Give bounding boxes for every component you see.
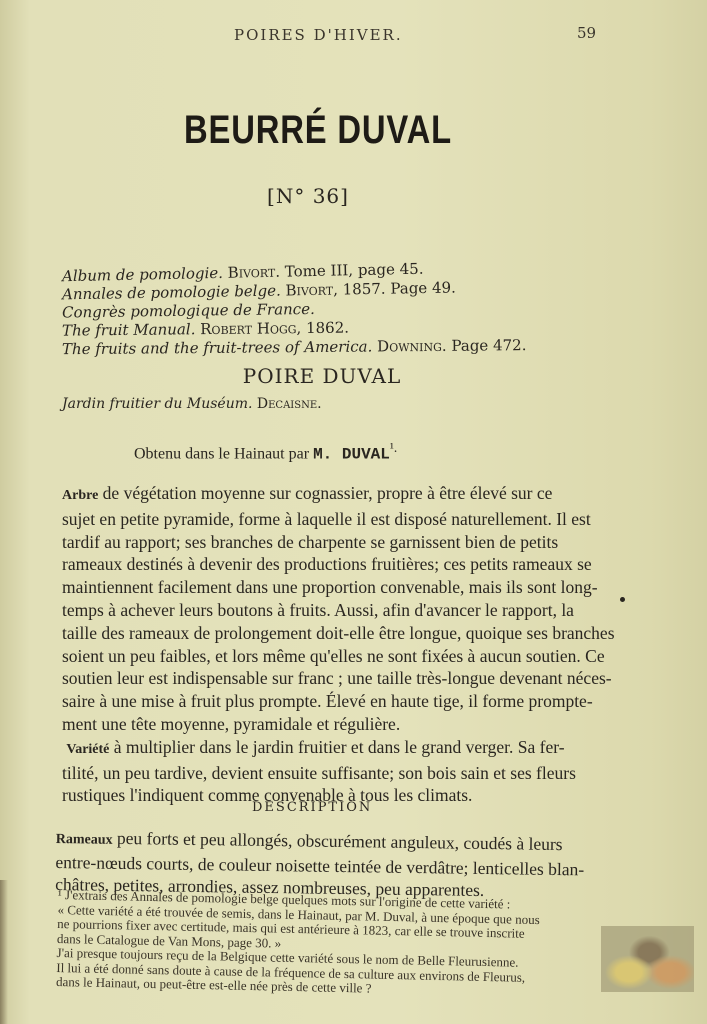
pear-photo-thumbnail [601,926,694,992]
synonym-reference: Jardin fruitier du Muséum. Decaisne. [62,396,322,412]
text-line: saire à une mise à fruit plus prompte. É… [62,690,600,713]
bibliography-references: Album de pomologie. Bivort. Tome III, pa… [62,262,562,357]
text-line: tilité, un peu tardive, devient ensuite … [62,762,600,785]
text-line: maintiennent facilement dans une proport… [62,576,600,599]
text-line: rameaux destinés à devenir des productio… [62,553,600,576]
text-line: temps à achever leurs boutons à fruits. … [62,599,600,622]
synonym-heading: POIRE DUVAL [0,364,644,388]
text-line: taille des rameaux de prolongement doit-… [62,622,600,645]
description-heading: DESCRIPTION [252,800,372,815]
gutter-shadow [0,880,8,1024]
origin-line: Obtenu dans le Hainaut par M. DUVAL¹. [134,440,397,463]
footnote: ¹ J'extrais des Annales de pomologie bel… [56,888,598,1001]
text-line: sujet en petite pyramide, forme à laquel… [62,508,600,531]
page-number: 59 [577,24,596,42]
variety-number: [N° 36] [0,184,616,208]
text-line: Variété à multiplier dans le jardin frui… [62,736,600,762]
tree-description: Arbre de végétation moyenne sur cognassi… [62,482,600,807]
text-line: tardif au rapport; ses branches de charp… [62,531,600,554]
text-line: soutien leur est indispensable sur franc… [62,667,600,690]
text-line: ment une tête moyenne, pyramidale et rég… [62,713,600,736]
page-title: BEURRÉ DUVAL [57,108,579,153]
text-line: Arbre de végétation moyenne sur cognassi… [62,482,600,508]
reference-item: The fruits and the fruit-trees of Americ… [62,336,562,359]
footnote-marker: ¹. [390,440,397,455]
ink-speck [620,597,625,602]
book-page: POIRES D'HIVER. 59 BEURRÉ DUVAL [N° 36] … [0,0,707,1024]
text-line: soient un peu faibles, et lors même qu'e… [62,645,600,668]
running-head: POIRES D'HIVER. [234,26,403,44]
